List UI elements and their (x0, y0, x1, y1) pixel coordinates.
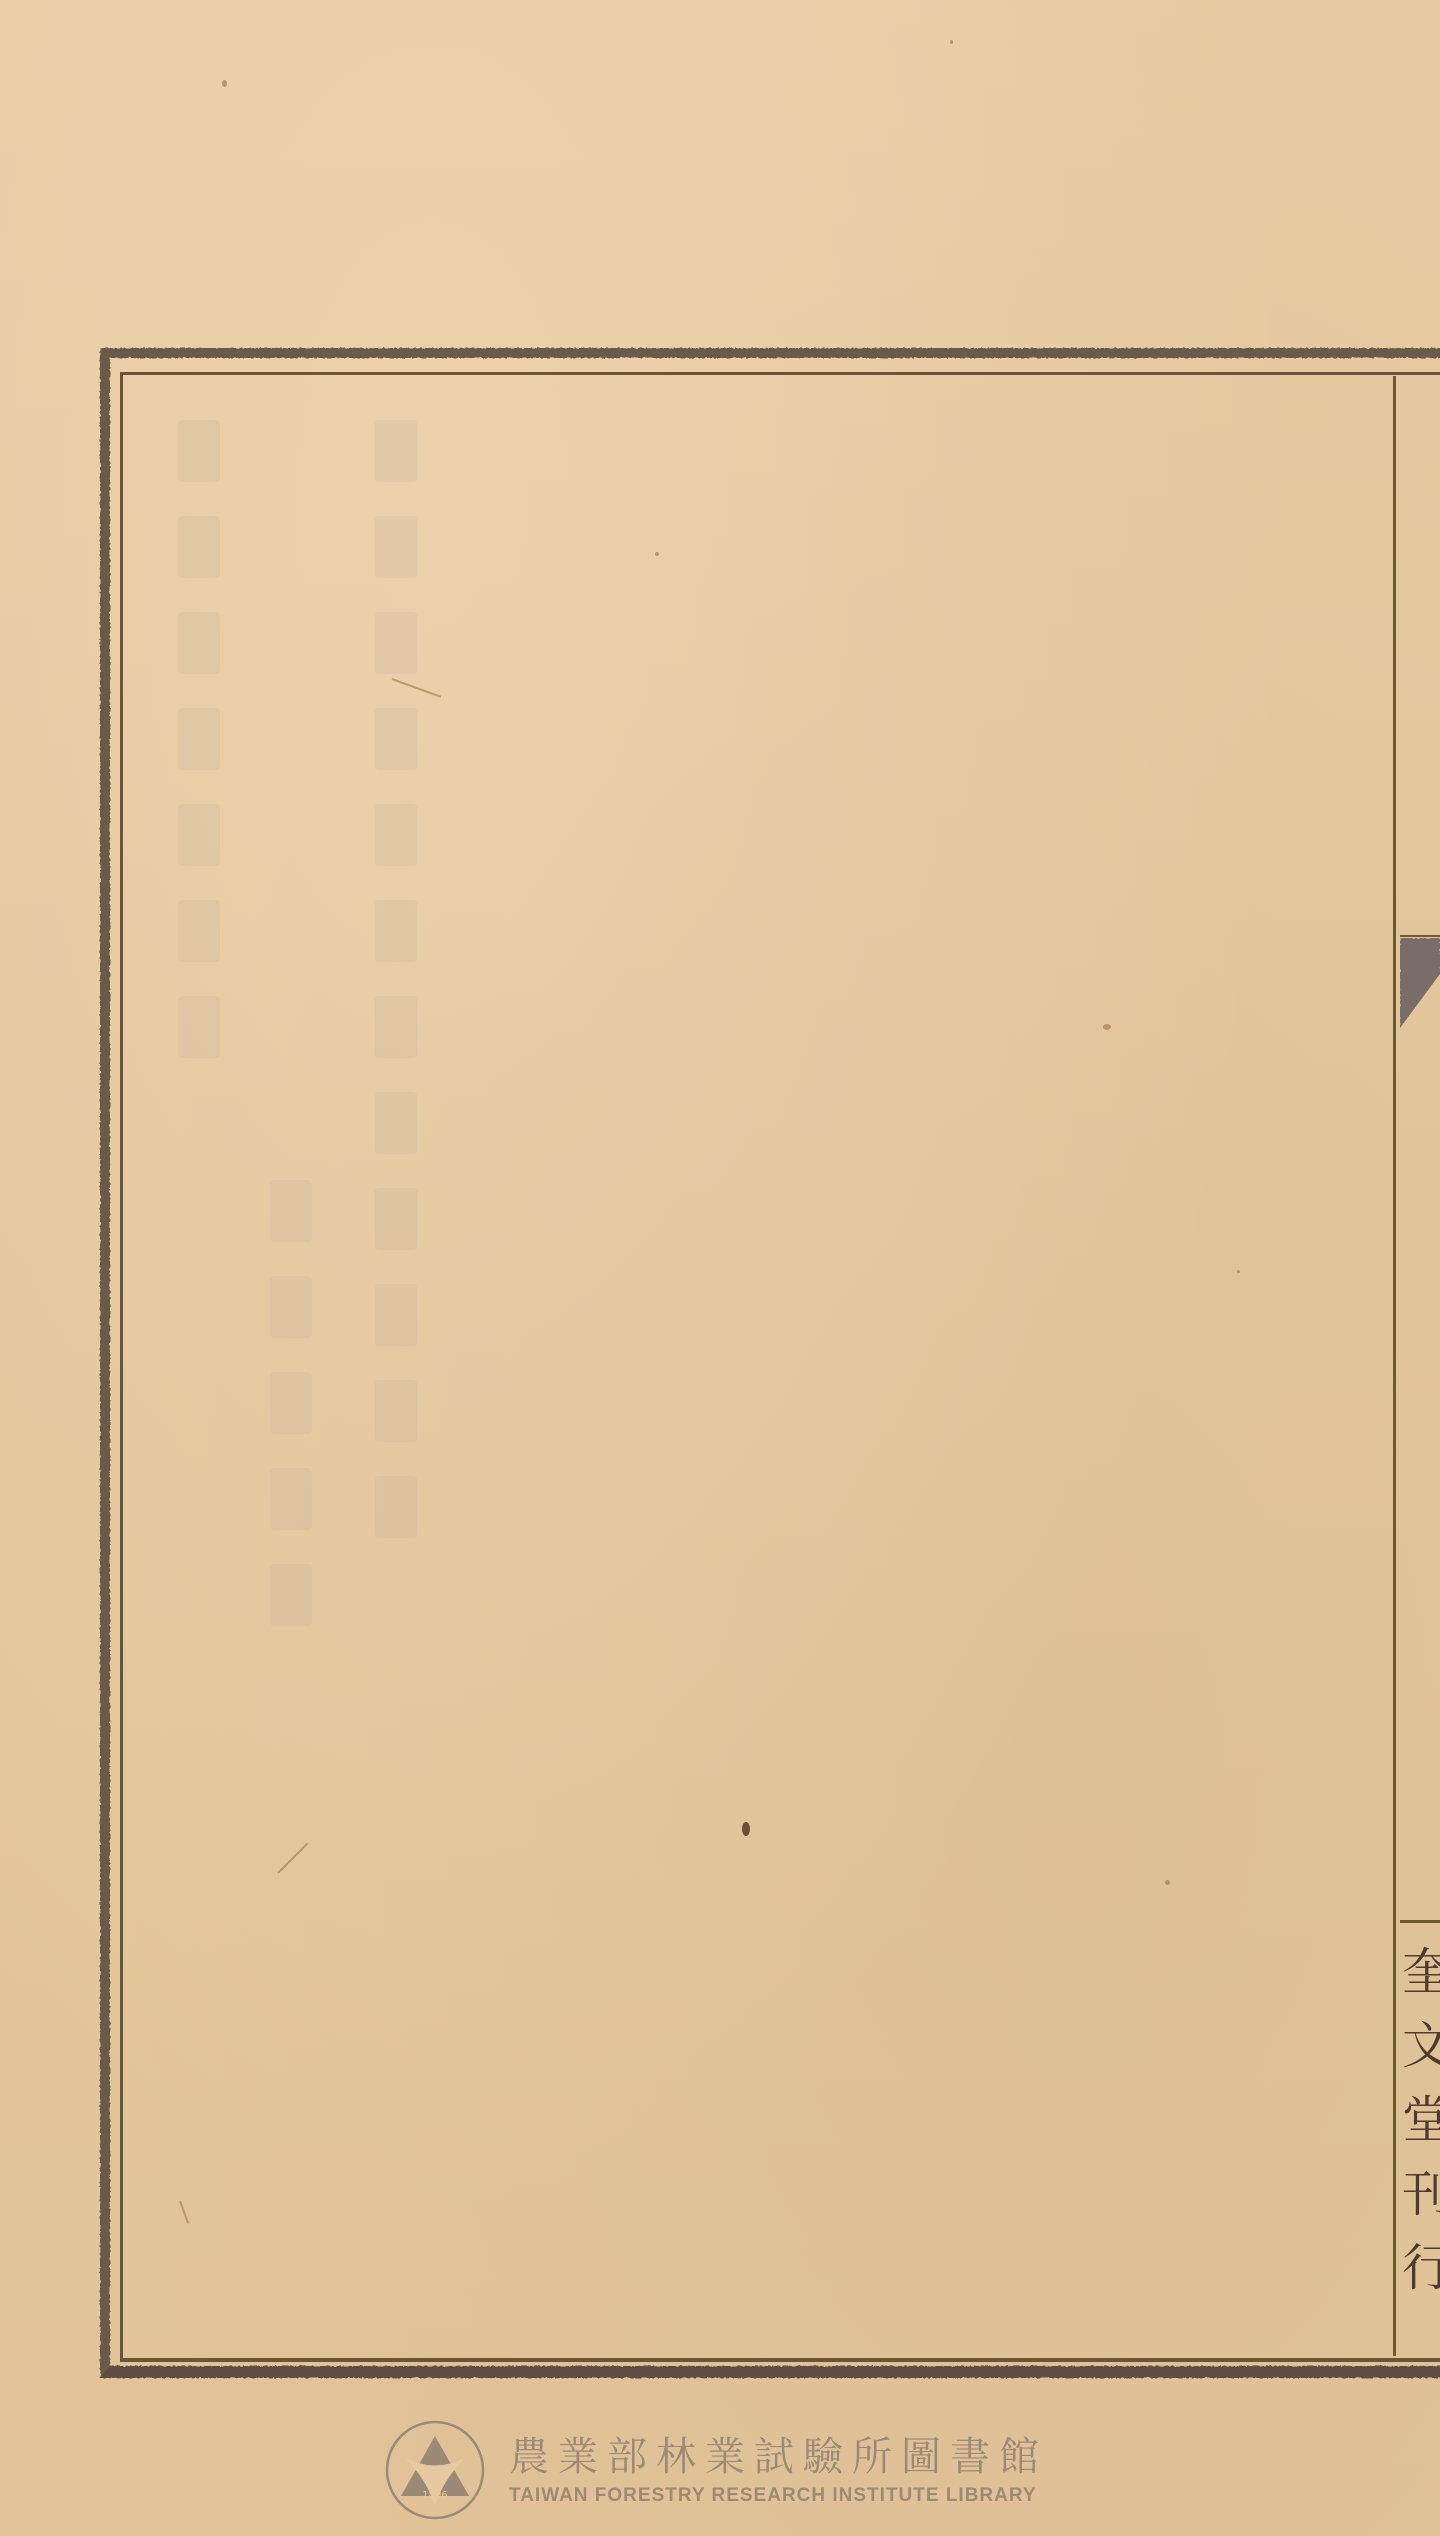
fishtail-rule (1400, 935, 1440, 937)
publisher-imprint: 奎 文 堂 刊 行 (1402, 1945, 1440, 2295)
library-watermark: 1896 農業部林業試驗所圖書館 TAIWAN FORESTRY RESEARC… (383, 2418, 1048, 2522)
watermark-title: 農業部林業試驗所圖書館 (509, 2433, 1048, 2481)
watermark-subtitle: TAIWAN FORESTRY RESEARCH INSTITUTE LIBRA… (509, 2485, 1048, 2507)
triangle-emblem-icon: 1896 (383, 2418, 487, 2522)
center-column-partial-char (1418, 400, 1440, 440)
center-column-lower-rule (1400, 1920, 1440, 1923)
imprint-char: 文 (1402, 2019, 1440, 2073)
imprint-char: 刊 (1402, 2167, 1440, 2221)
imprint-char: 奎 (1402, 1945, 1440, 1999)
imprint-char: 堂 (1402, 2093, 1440, 2147)
imprint-char: 行 (1402, 2241, 1440, 2295)
center-column-divider (1393, 376, 1396, 2356)
inner-border-frame (120, 372, 1440, 2362)
svg-text:1896: 1896 (422, 2490, 447, 2501)
